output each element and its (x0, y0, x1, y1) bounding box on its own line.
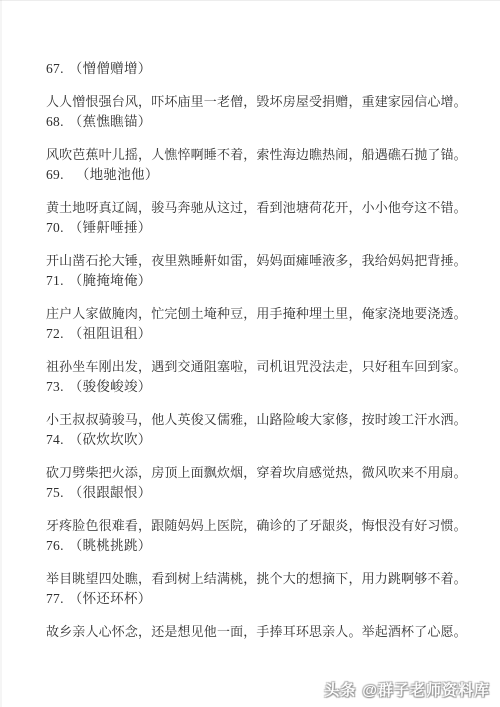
item-header: 76.（眺桃挑跳） (46, 536, 474, 556)
list-item: 74.（砍炊坎吹） 砍刀劈柴把火添，房顶上面飘炊烟，穿着坎肩感觉热，微风吹来不用… (46, 430, 474, 483)
watermark-platform: 头条 (324, 682, 356, 699)
item-header: 73.（骏俊峻竣） (46, 377, 474, 397)
item-number: 76. (46, 538, 64, 553)
item-header: 68.（蕉憔瞧锚） (46, 112, 474, 132)
character-group: （腌掩埯俺） (69, 273, 152, 288)
list-item: 75.（很跟龈恨） 牙疼脸色很难看，跟随妈妈上医院，确诊的了牙龈炎，悔恨没有好习… (46, 483, 474, 536)
item-header: 70.（锤鼾唾捶） (46, 218, 474, 238)
item-number: 67. (46, 61, 64, 76)
item-sentence: 故乡亲人心怀念，还是想见他一面，手捧耳环思亲人。举起酒杯了心愿。 (46, 622, 474, 642)
item-header: 77.（怀还环杯） (46, 589, 474, 609)
list-item: 73.（骏俊峻竣） 小王叔叔骑骏马，他人英俊又儒雅，山路险峻大家修，按时竣工汗水… (46, 377, 474, 430)
character-group: （蕉憔瞧锚） (69, 114, 152, 129)
item-sentence: 砍刀劈柴把火添，房顶上面飘炊烟，穿着坎肩感觉热，微风吹来不用扇。 (46, 463, 474, 483)
item-sentence: 祖孙坐车刚出发，遇到交通阻塞啦，司机诅咒没法走，只好租车回到家。 (46, 357, 474, 377)
item-sentence: 牙疼脸色很难看，跟随妈妈上医院，确诊的了牙龈炎，悔恨没有好习惯。 (46, 516, 474, 536)
watermark: 头条@群子老师资料库 (324, 679, 490, 700)
item-number: 73. (46, 379, 64, 394)
item-number: 72. (46, 326, 64, 341)
item-sentence: 举目眺望四处瞧，看到树上结满桃，挑个大的想摘下，用力跳啊够不着。 (46, 569, 474, 589)
item-sentence: 小王叔叔骑骏马，他人英俊又儒雅，山路险峻大家修，按时竣工汗水洒。 (46, 410, 474, 430)
item-list: 67.（憎僧赠增） 人人憎恨强台风，吓坏庙里一老僧，毁坏房屋受捐赠，重建家园信心… (46, 59, 474, 642)
character-group: （砍炊坎吹） (69, 432, 152, 447)
character-group: （眺桃挑跳） (69, 538, 152, 553)
list-item: 69. （地驰池他） 黄土地呀真辽阔，骏马奔驰从这过，看到池塘荷花开，小小他夸这… (46, 165, 474, 218)
item-header: 74.（砍炊坎吹） (46, 430, 474, 450)
item-sentence: 开山凿石抡大锤，夜里熟睡鼾如雷，妈妈面瘫唾液多，我给妈妈把背捶。 (46, 251, 474, 271)
item-number: 74. (46, 432, 64, 447)
watermark-account: @群子老师资料库 (362, 682, 490, 699)
item-sentence: 黄土地呀真辽阔，骏马奔驰从这过，看到池塘荷花开，小小他夸这不错。 (46, 198, 474, 218)
list-item: 68.（蕉憔瞧锚） 风吹芭蕉叶儿摇，人憔悴啊睡不着，索性海边瞧热闹，船遇礁石抛了… (46, 112, 474, 165)
list-item: 71.（腌掩埯俺） 庄户人家做腌肉，忙完刨土埯种豆，用手掩种埋土里，俺家浇地要浇… (46, 271, 474, 324)
item-header: 69. （地驰池他） (46, 165, 474, 185)
list-item: 77.（怀还环杯） 故乡亲人心怀念，还是想见他一面，手捧耳环思亲人。举起酒杯了心… (46, 589, 474, 642)
worksheet-page: 67.（憎僧赠增） 人人憎恨强台风，吓坏庙里一老僧，毁坏房屋受捐赠，重建家园信心… (46, 59, 474, 642)
list-item: 76.（眺桃挑跳） 举目眺望四处瞧，看到树上结满桃，挑个大的想摘下，用力跳啊够不… (46, 536, 474, 589)
character-group: （锤鼾唾捶） (69, 220, 152, 235)
character-group: （很跟龈恨） (69, 485, 152, 500)
character-group: （怀还环杯） (69, 591, 152, 606)
item-number: 70. (46, 220, 64, 235)
list-item: 70.（锤鼾唾捶） 开山凿石抡大锤，夜里熟睡鼾如雷，妈妈面瘫唾液多，我给妈妈把背… (46, 218, 474, 271)
item-header: 71.（腌掩埯俺） (46, 271, 474, 291)
item-header: 67.（憎僧赠增） (46, 59, 474, 79)
character-group: （憎僧赠增） (69, 61, 152, 76)
item-sentence: 庄户人家做腌肉，忙完刨土埯种豆，用手掩种埋土里，俺家浇地要浇透。 (46, 304, 474, 324)
character-group: （祖阻诅租） (69, 326, 152, 341)
item-sentence: 风吹芭蕉叶儿摇，人憔悴啊睡不着，索性海边瞧热闹，船遇礁石抛了锚。 (46, 145, 474, 165)
list-item: 72.（祖阻诅租） 祖孙坐车刚出发，遇到交通阻塞啦，司机诅咒没法走，只好租车回到… (46, 324, 474, 377)
item-number: 77. (46, 591, 64, 606)
item-sentence: 人人憎恨强台风，吓坏庙里一老僧，毁坏房屋受捐赠，重建家园信心增。 (46, 92, 474, 112)
item-number: 69. (46, 167, 64, 182)
item-number: 75. (46, 485, 64, 500)
character-group: （骏俊峻竣） (69, 379, 152, 394)
character-group: （地驰池他） (69, 167, 159, 182)
item-number: 68. (46, 114, 64, 129)
item-header: 75.（很跟龈恨） (46, 483, 474, 503)
item-number: 71. (46, 273, 64, 288)
item-header: 72.（祖阻诅租） (46, 324, 474, 344)
list-item: 67.（憎僧赠增） 人人憎恨强台风，吓坏庙里一老僧，毁坏房屋受捐赠，重建家园信心… (46, 59, 474, 112)
